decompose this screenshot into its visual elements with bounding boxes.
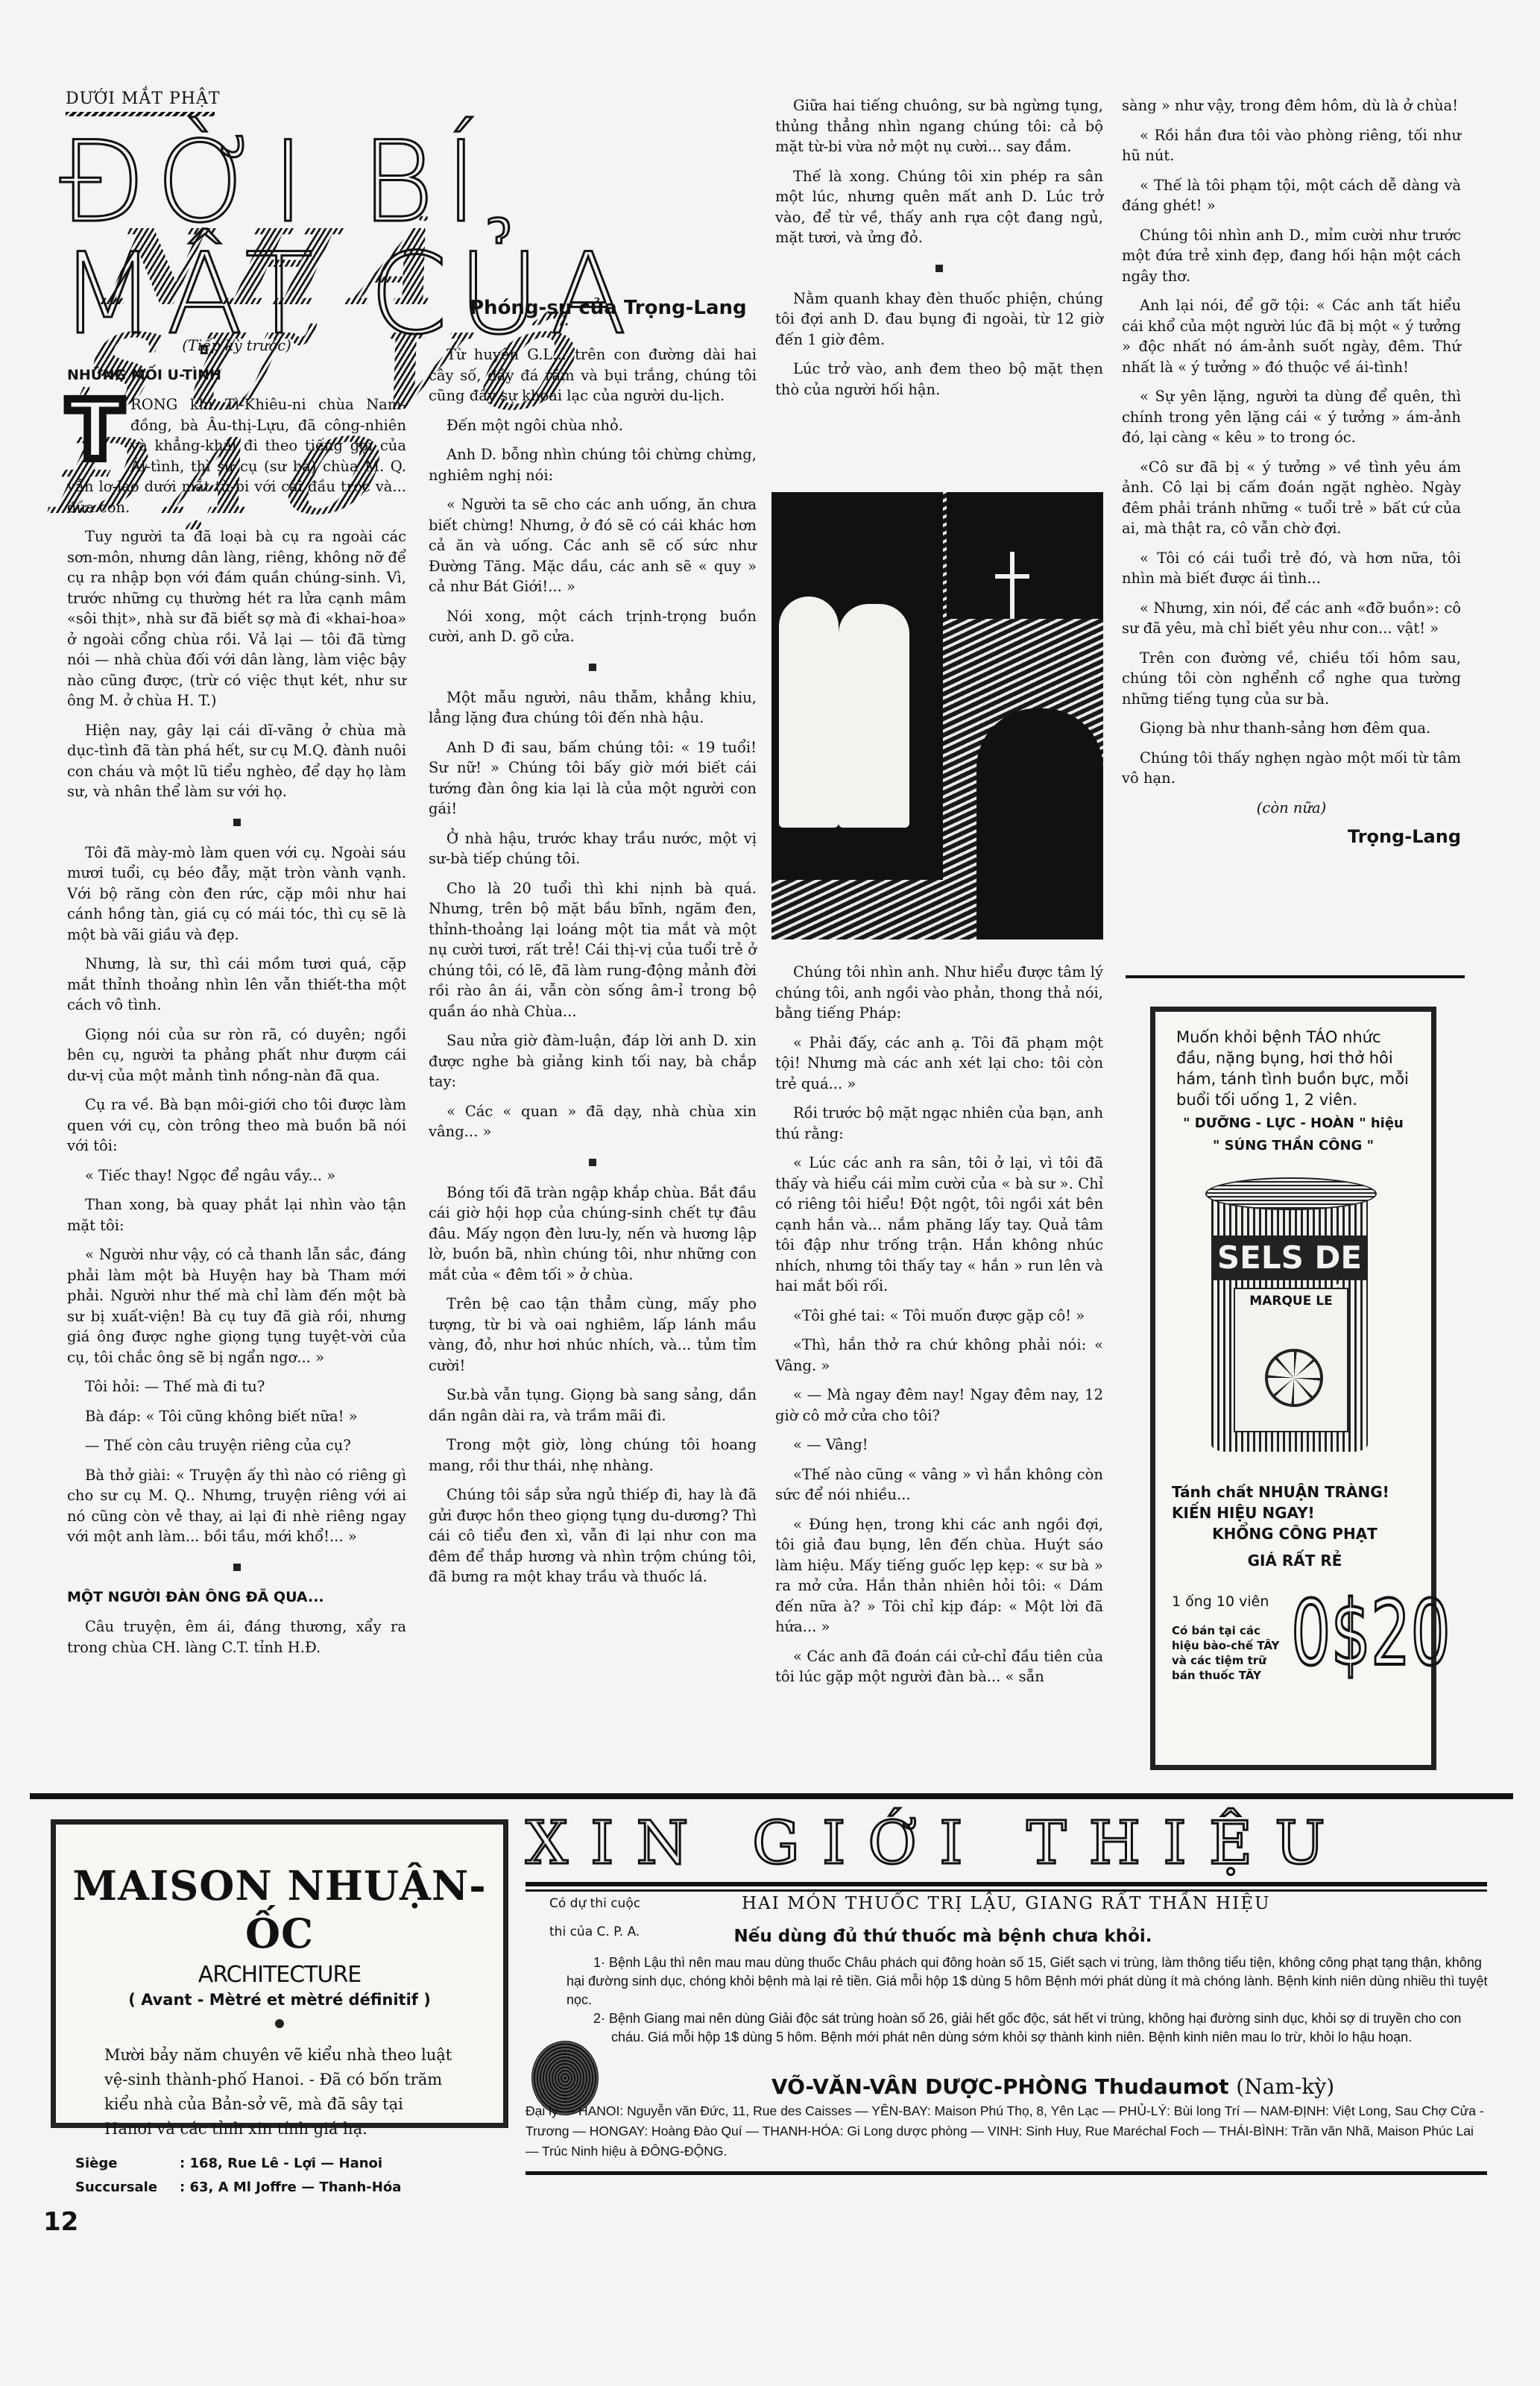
- ad-item-2: 2· Bệnh Giang mai nên dùng Giải độc sát …: [567, 2009, 1491, 2047]
- paragraph: TRONG khi Tì-Khiêu-ni chùa Nam-đồng, bà …: [67, 394, 406, 517]
- paragraph: Bà đáp: « Tôi cũng không biết nữa! »: [67, 1406, 406, 1427]
- ornament-icon: [275, 2019, 284, 2028]
- illustration-cross-icon: [1010, 552, 1014, 619]
- article-column-3-bottom: Chúng tôi nhìn anh. Như hiểu được tâm lý…: [775, 962, 1103, 1696]
- to-be-continued: (còn nữa): [1122, 798, 1461, 819]
- paragraph: Bà thở giài: « Truyện ấy thì nào có riên…: [67, 1465, 406, 1547]
- paragraph: Sau nửa giờ đàm-luận, đáp lời anh D. xin…: [429, 1030, 757, 1092]
- product-can-illustration: SELS DE SANTÉ MARQUE LE: [1211, 1191, 1368, 1452]
- ad-brand-line-2: " SÚNG THẦN CÔNG ": [1155, 1137, 1431, 1155]
- paragraph: « Đúng hẹn, trong khi các anh ngồi đợi, …: [775, 1514, 1103, 1637]
- paragraph: «Tôi ghé tai: « Tôi muốn được gặp cô! »: [775, 1306, 1103, 1326]
- paragraph: « Phải đấy, các anh ạ. Tôi đã phạm một t…: [775, 1033, 1103, 1095]
- ad-claims: Tánh chất NHUẬN TRÀNG! KIẾN HIỆU NGAY! K…: [1172, 1482, 1418, 1570]
- can-brand-band: SELS DE SANTÉ: [1211, 1236, 1368, 1280]
- page-number: 12: [43, 2207, 78, 2237]
- illustration-figure-right: [839, 604, 909, 828]
- illustration-kneeling-figure: [976, 708, 1103, 939]
- paragraph: Trên bệ cao tận thẳm cùng, mấy pho tượng…: [429, 1294, 757, 1376]
- illustration-altar-wall: [947, 492, 1103, 619]
- paragraph: Đến một ngôi chùa nhỏ.: [429, 415, 757, 436]
- can-lid: [1205, 1177, 1377, 1210]
- paragraph: Sư.bà vẫn tụng. Giọng bà sang sảng, dần …: [429, 1385, 757, 1426]
- ad-rule: [526, 1882, 1487, 1886]
- illustration-figure-left: [779, 596, 839, 828]
- continued-note: (Tiếp kỳ trước): [67, 336, 406, 356]
- paragraph: Than xong, bà quay phắt lại nhìn vào tận…: [67, 1194, 406, 1236]
- column-divider: [1126, 975, 1465, 978]
- ad-price: 0$20: [1291, 1586, 1451, 1683]
- byline: Phóng-sự của Trọng-Lang: [470, 297, 747, 319]
- paragraph: Nhưng, là sư, thì cái mồm tươi quá, cặp …: [67, 954, 406, 1016]
- article-column-2: Từ huyện G.L... trên con đường dài hai c…: [429, 344, 757, 1596]
- paragraph: « Người như vậy, có cả thanh lẫn sắc, đá…: [67, 1244, 406, 1367]
- section-separator-icon: [589, 1159, 596, 1166]
- advertisement-maison-nhuan-oc: MAISON NHUẬN-ỐC ARCHITECTURE ( Avant - M…: [51, 1819, 508, 2128]
- paragraph: « Rồi hắn đưa tôi vào phòng riêng, tối n…: [1122, 125, 1461, 166]
- section-separator-icon: [589, 664, 596, 671]
- paragraph: Giữa hai tiếng chuông, sư bà ngừng tụng,…: [775, 95, 1103, 157]
- paragraph: «Thì, hắn thở ra chứ không phải nói: « V…: [775, 1335, 1103, 1376]
- article-column-3-top: Giữa hai tiếng chuông, sư bà ngừng tụng,…: [775, 95, 1103, 409]
- paragraph: Câu truyện, êm ái, đáng thương, xẩy ra t…: [67, 1617, 406, 1658]
- ad-copy: Muốn khỏi bệnh TÁO nhức đầu, nặng bụng, …: [1155, 1012, 1431, 1110]
- kicker-underline: [66, 112, 215, 116]
- paragraph: « — Mà ngay đêm nay! Ngay đêm nay, 12 gi…: [775, 1385, 1103, 1426]
- paragraph: Tôi đã mày-mò làm quen với cụ. Ngoài sáu…: [67, 843, 406, 945]
- ad-tagline: Nếu dùng đủ thứ thuốc mà bệnh chưa khỏi.: [637, 1927, 1249, 1946]
- section-heading: MỘT NGƯỜI ĐÀN ÔNG ĐÃ QUA...: [67, 1587, 406, 1608]
- paragraph: Anh lại nói, để gỡ tội: « Các anh tất hi…: [1122, 295, 1461, 377]
- paragraph: Ở nhà hậu, trước khay trầu nước, một vị …: [429, 828, 757, 869]
- article-title: ĐỜI BÍ MẬT CỦA NHÀ SƯ VÔ ĐẠO: [60, 127, 730, 306]
- paragraph: «Cô sư đã bị « ý tưởng » về tình yêu ám …: [1122, 457, 1461, 539]
- paragraph: Chúng tôi nhìn anh D., mỉm cười như trướ…: [1122, 225, 1461, 287]
- section-heading: NHỮNG MỐI U-TÌNH: [67, 365, 406, 386]
- ad-items: 1· Bệnh Lậu thì nên mau mau dùng thuốc C…: [567, 1954, 1491, 2047]
- paragraph: Chúng tôi thấy nghẹn ngào một mối từ tâm…: [1122, 748, 1461, 789]
- paragraph: Anh D. bỗng nhìn chúng tôi chừng chừng, …: [429, 444, 757, 485]
- ad-where-to-buy: Có bán tại các hiệu bào-chế TÂY và các t…: [1172, 1623, 1284, 1683]
- ad-services: ( Avant - Mètré et mètré définitif ): [56, 1991, 503, 2009]
- ad-brand-line-1: " DƯỠNG - LỰC - HOÀN " hiệu: [1155, 1115, 1431, 1133]
- paragraph: « Lúc các anh ra sân, tôi ở lại, vì tôi …: [775, 1153, 1103, 1297]
- paragraph: Chúng tôi nhìn anh. Như hiểu được tâm lý…: [775, 962, 1103, 1024]
- paragraph: « Tôi có cái tuổi trẻ đó, và hơn nữa, tô…: [1122, 548, 1461, 589]
- page-divider: [30, 1793, 1513, 1799]
- can-label: MARQUE LE: [1234, 1288, 1348, 1432]
- advertisement-tao-pills: Muốn khỏi bệnh TÁO nhức đầu, nặng bụng, …: [1150, 1007, 1436, 1770]
- ad-quantity: 1 ống 10 viên: [1172, 1593, 1269, 1610]
- paragraph: — Thế còn câu truyện riêng của cụ?: [67, 1435, 406, 1456]
- paragraph: Anh D đi sau, bấm chúng tôi: « 19 tuổi! …: [429, 737, 757, 819]
- paragraph: «Thế nào cũng « vâng » vì hắn không còn …: [775, 1464, 1103, 1505]
- paragraph: Giọng nói của sư ròn rã, có duyên; ngồi …: [67, 1024, 406, 1086]
- cannon-wheel-icon: [1265, 1349, 1323, 1407]
- paragraph: Thế là xong. Chúng tôi xin phép ra sân m…: [775, 166, 1103, 248]
- ad-body: Mười bảy năm chuyên vẽ kiểu nhà theo luậ…: [104, 2043, 455, 2141]
- section-separator-icon: [233, 1564, 241, 1571]
- paragraph: Bóng tối đã tràn ngập khắp chùa. Bắt đầu…: [429, 1183, 757, 1285]
- paragraph: « Sự yên lặng, người ta dùng để quên, th…: [1122, 386, 1461, 448]
- ad-company-name: MAISON NHUẬN-ỐC: [56, 1862, 503, 1957]
- paragraph: Trên con đường về, chiều tối hôm sau, ch…: [1122, 648, 1461, 710]
- paragraph: « Người ta sẽ cho các anh uống, ăn chưa …: [429, 494, 757, 597]
- ad-agents-list: Đại lý — HANOI: Nguyễn văn Đức, 11, Rue …: [526, 2101, 1487, 2162]
- section-separator-icon: [935, 265, 943, 272]
- section-kicker: DƯỚI MẮT PHẬT: [66, 89, 221, 108]
- ad-subtitle: ARCHITECTURE: [56, 1962, 503, 1988]
- author-signature: Trọng-Lang: [1122, 827, 1461, 848]
- section-separator-icon: [233, 819, 241, 826]
- paragraph: « Tiếc thay! Ngọc để ngâu vầy... »: [67, 1165, 406, 1186]
- paragraph: Nằm quanh khay đèn thuốc phiện, chúng tô…: [775, 289, 1103, 350]
- paragraph: « — Vâng!: [775, 1435, 1103, 1455]
- ad-bottom-rule: [526, 2171, 1487, 2175]
- paragraph: « Thế là tôi phạm tội, một cách dễ dàng …: [1122, 175, 1461, 216]
- paragraph: Rồi trước bộ mặt ngạc nhiên của bạn, anh…: [775, 1103, 1103, 1144]
- ad-contest-note: Có dự thi cuộc thi của C. P. A.: [549, 1889, 640, 1946]
- paragraph: « Các « quan » đã dạy, nhà chùa xin vâng…: [429, 1101, 757, 1142]
- drop-cap: T: [67, 396, 123, 465]
- advertisement-xin-gioi-thieu: XIN GIỚI THIỆU Có dự thi cuộc thi của C.…: [526, 1813, 1487, 2127]
- paragraph: Giọng bà như thanh-sảng hơn đêm qua.: [1122, 718, 1461, 739]
- article-column-1: (Tiếp kỳ trước) NHỮNG MỐI U-TÌNH TRONG k…: [67, 336, 406, 1666]
- ad-headline: XIN GIỚI THIỆU: [526, 1813, 1487, 1873]
- ad-price-block: 1 ống 10 viên Có bán tại các hiệu bào-ch…: [1172, 1593, 1418, 1743]
- woodcut-illustration: [771, 492, 1103, 939]
- paragraph: Từ huyện G.L... trên con đường dài hai c…: [429, 344, 757, 406]
- paragraph: Nói xong, một cách trịnh-trọng buồn cười…: [429, 606, 757, 647]
- ad-subhead: HAI MÓN THUỐC TRỊ LẬU, GIANG RẤT THẦN HI…: [742, 1894, 1271, 1913]
- ad-addresses: Siège: 168, Rue Lê - Lợi — Hanoi Succurs…: [56, 2152, 503, 2200]
- ad-maker: VÕ-VĂN-VÂN DƯỢC-PHÒNG Thudaumot (Nam-kỳ): [771, 2074, 1334, 2099]
- paragraph: Một mẫu người, nâu thẫm, khẳng khiu, lẳn…: [429, 687, 757, 728]
- article-column-4: sàng » như vậy, trong đêm hôm, dù là ở c…: [1122, 95, 1461, 857]
- paragraph: Cho là 20 tuổi thì khi nịnh bà quá. Nhưn…: [429, 878, 757, 1022]
- paragraph: « Nhưng, xin nói, để các anh «đỡ buồn»: …: [1122, 598, 1461, 639]
- paragraph: Hiện nay, gây lại cái dĩ-vãng ở chùa mà …: [67, 720, 406, 802]
- paragraph: sàng » như vậy, trong đêm hôm, dù là ở c…: [1122, 95, 1461, 116]
- ad-item-1: 1· Bệnh Lậu thì nên mau mau dùng thuốc C…: [567, 1954, 1491, 2009]
- paragraph: Lúc trở vào, anh đem theo bộ mặt thẹn th…: [775, 359, 1103, 400]
- paragraph: Trong một giờ, lòng chúng tôi hoang mang…: [429, 1435, 757, 1476]
- paragraph: Tuy người ta đã loại bà cụ ra ngoài các …: [67, 526, 406, 711]
- paragraph: Cụ ra về. Bà bạn môi-giới cho tôi được l…: [67, 1095, 406, 1156]
- paragraph: Tôi hỏi: — Thế mà đi tu?: [67, 1376, 406, 1397]
- paragraph: « Các anh đã đoán cái cử-chỉ đầu tiên củ…: [775, 1646, 1103, 1687]
- paragraph: Chúng tôi sắp sửa ngủ thiếp đi, hay là đ…: [429, 1485, 757, 1587]
